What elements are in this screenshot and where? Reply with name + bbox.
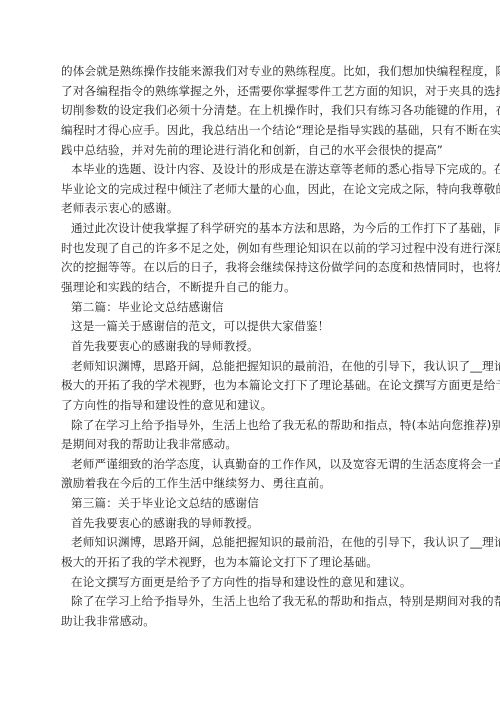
text-line: 毕业论文的完成过程中倾注了老师大量的心血，因此，在论文完成之际，特向我尊敬的 bbox=[61, 180, 439, 200]
text-line: 时也发现了自己的许多不足之处，例如有些理论知识在以前的学习过程中没有进行深层 bbox=[61, 239, 439, 259]
text-line: 老师知识渊博，思路开阔，总能把握知识的最前沿，在他的引导下，我认识了__理论， bbox=[61, 533, 439, 553]
text-line: 除了在学习上给予指导外，生活上也给了我无私的帮助和指点，特(本站向您推荐)别 bbox=[61, 416, 439, 436]
text-line: 是期间对我的帮助让我非常感动。 bbox=[61, 435, 441, 455]
text-line: 极大的开拓了我的学术视野，也为本篇论文打下了理论基础。在论文撰写方面更是给予 bbox=[61, 376, 439, 396]
text-line: 助让我非常感动。 bbox=[61, 612, 441, 632]
text-line: 老师知识渊博，思路开阔，总能把握知识的最前沿，在他的引导下，我认识了__理论， bbox=[61, 357, 439, 377]
text-line: 本毕业的选题、设计内容、及设计的形成是在游达章等老师的悉心指导下完成的。在 bbox=[61, 160, 439, 180]
section-heading-3: 第三篇：关于毕业论文总结的感谢信 bbox=[61, 494, 441, 514]
text-line: 了方向性的指导和建设性的意见和建议。 bbox=[61, 396, 441, 416]
text-line: 强理论和实践的结合，不断提升自己的能力。 bbox=[61, 278, 441, 298]
text-line: 首先我要衷心的感谢我的导师教授。 bbox=[61, 337, 441, 357]
text-line: 切削参数的设定我们必须十分清楚。在上机操作时，我们只有练习各功能键的作用，在 bbox=[61, 101, 439, 121]
text-line: 除了在学习上给予指导外，生活上也给了我无私的帮助和指点，特别是期间对我的帮 bbox=[61, 592, 439, 612]
text-line: 了对各编程指令的熟练掌握之外，还需要你掌握零件工艺方面的知识，对于夹具的选择， bbox=[61, 82, 439, 102]
text-line: 老师表示衷心的感谢。 bbox=[61, 199, 441, 219]
text-line: 老师严谨细致的治学态度，认真勤奋的工作作风，以及宽容无谓的生活态度将会一直 bbox=[61, 455, 439, 475]
text-line: 这是一篇关于感谢信的范文，可以提供大家借鉴！ bbox=[61, 317, 441, 337]
text-line: 在论文撰写方面更是给予了方向性的指导和建设性的意见和建议。 bbox=[61, 573, 441, 593]
text-line: 的体会就是熟练操作技能来源我们对专业的熟练程度。比如，我们想加快编程程度，除 bbox=[61, 62, 439, 82]
text-line: 首先我要衷心的感谢我的导师教授。 bbox=[61, 514, 441, 534]
text-line: 践中总结验，并对先前的理论进行消化和创新，自己的水平会很快的提高” bbox=[61, 141, 441, 161]
section-heading-2: 第二篇：毕业论文总结感谢信 bbox=[61, 298, 441, 318]
text-line: 通过此次设计使我掌握了科学研究的基本方法和思路，为今后的工作打下了基础，同 bbox=[61, 219, 439, 239]
document-page: 的体会就是熟练操作技能来源我们对专业的熟练程度。比如，我们想加快编程程度，除 了… bbox=[61, 62, 441, 632]
text-line: 极大的开拓了我的学术视野，也为本篇论文打下了理论基础。 bbox=[61, 553, 441, 573]
text-line: 激励着我在今后的工作生活中继续努力、勇往直前。 bbox=[61, 474, 441, 494]
text-line: 次的挖掘等等。在以后的日子，我将会继续保持这份做学问的态度和热情同时，也将加 bbox=[61, 258, 439, 278]
text-line: 编程时才得心应手。因此，我总结出一个结论“理论是指导实践的基础，只有不断在实 bbox=[61, 121, 439, 141]
